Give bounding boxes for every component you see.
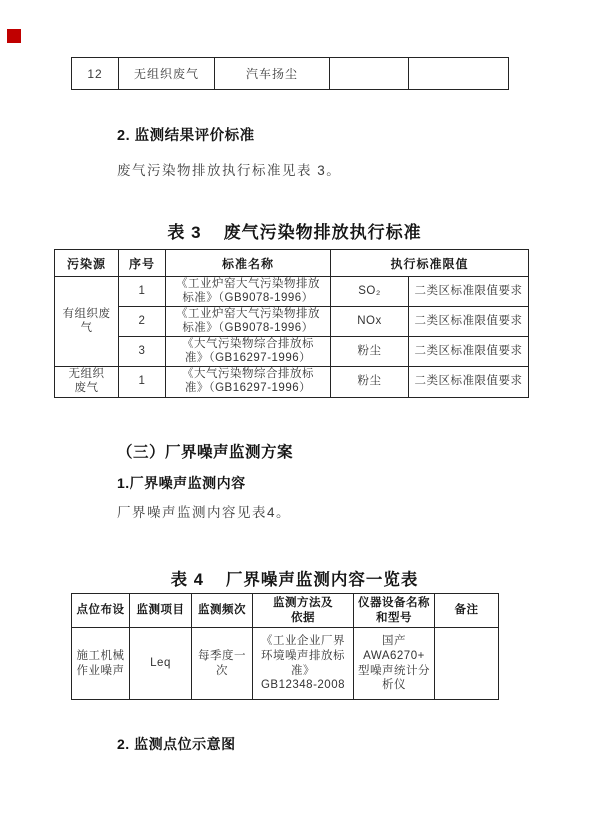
red-square-marker (7, 29, 21, 43)
pollutant-cell: 粉尘 (331, 367, 409, 397)
header-limit: 执行标准限值 (331, 250, 529, 277)
table3-title-number: 表 3 (167, 223, 201, 242)
table4-title-number: 表 4 (171, 571, 204, 589)
subheading-noise-content: 1.厂界噪声监测内容 (117, 473, 246, 493)
paragraph-table4-reference: 厂界噪声监测内容见表4。 (117, 501, 291, 521)
previous-table-last-row: 12 无组织废气 汽车扬尘 (71, 57, 509, 90)
pollutant-cell: SO₂ (331, 277, 409, 307)
header-frequency: 监测频次 (192, 594, 253, 628)
row-index-cell: 12 (72, 58, 119, 90)
standard-cell: 《工业炉窑大气污染物排放 标准》（GB9078-1996） (166, 307, 331, 337)
header-standard-name: 标准名称 (166, 250, 331, 277)
seq-cell: 2 (119, 307, 166, 337)
source-cell: 无组织 废气 (55, 367, 119, 397)
method-cell: 《工业企业厂界 环境噪声排放标 准》 GB12348-2008 (253, 628, 354, 700)
standard-cell: 《工业炉窑大气污染物排放 标准》（GB9078-1996） (166, 277, 331, 307)
seq-cell: 1 (119, 367, 166, 397)
table3-header-row: 污染源 序号 标准名称 执行标准限值 (55, 250, 529, 277)
table4-title-text: 厂界噪声监测内容一览表 (226, 571, 419, 589)
table-row: 12 无组织废气 汽车扬尘 (72, 58, 509, 90)
limit-cell: 二类区标准限值要求 (409, 367, 529, 397)
empty-cell (330, 58, 409, 90)
standard-cell: 《大气污染物综合排放标 准》（GB16297-1996） (166, 337, 331, 367)
header-pollution-source: 污染源 (55, 250, 119, 277)
header-point-layout: 点位布设 (72, 594, 130, 628)
table3-emission-standards: 污染源 序号 标准名称 执行标准限值 有组织废 气 1 《工业炉窑大气污染物排放… (54, 249, 529, 398)
note-cell (435, 628, 499, 700)
table3-row: 有组织废 气 1 《工业炉窑大气污染物排放 标准》（GB9078-1996） S… (55, 277, 529, 307)
header-instrument: 仪器设备名称 和型号 (354, 594, 435, 628)
table4-header-row: 点位布设 监测项目 监测频次 监测方法及 依据 仪器设备名称 和型号 备注 (72, 594, 499, 628)
source-cell: 有组织废 气 (55, 277, 119, 367)
standard-cell: 《大气污染物综合排放标 准》（GB16297-1996） (166, 367, 331, 397)
header-method: 监测方法及 依据 (253, 594, 354, 628)
document-page: 12 无组织废气 汽车扬尘 2. 监测结果评价标准 废气污染物排放执行标准见表 … (0, 0, 589, 820)
header-note: 备注 (435, 594, 499, 628)
limit-cell: 二类区标准限值要求 (409, 307, 529, 337)
table3-row: 2 《工业炉窑大气污染物排放 标准》（GB9078-1996） NOx 二类区标… (55, 307, 529, 337)
paragraph-table3-reference: 废气污染物排放执行标准见表 3。 (117, 159, 341, 179)
limit-cell: 二类区标准限值要求 (409, 337, 529, 367)
table3-row: 3 《大气污染物综合排放标 准》（GB16297-1996） 粉尘 二类区标准限… (55, 337, 529, 367)
section-heading-evaluation: 2. 监测结果评价标准 (117, 124, 255, 145)
pollutant-cell: 粉尘 (331, 337, 409, 367)
pollutant-cell: NOx (331, 307, 409, 337)
header-seq: 序号 (119, 250, 166, 277)
table3-title-text: 废气污染物排放执行标准 (224, 223, 422, 242)
header-monitor-item: 监测项目 (130, 594, 192, 628)
limit-cell: 二类区标准限值要求 (409, 277, 529, 307)
seq-cell: 1 (119, 277, 166, 307)
section-heading-noise-plan: （三）厂界噪声监测方案 (117, 440, 293, 462)
table4-noise-monitoring: 点位布设 监测项目 监测频次 监测方法及 依据 仪器设备名称 和型号 备注 施工… (71, 593, 499, 700)
instrument-cell: 国产 AWA6270+ 型噪声统计分 析仪 (354, 628, 435, 700)
subheading-monitoring-points: 2. 监测点位示意图 (117, 734, 236, 754)
table4-row: 施工机械 作业噪声 Leq 每季度一 次 《工业企业厂界 环境噪声排放标 准》 … (72, 628, 499, 700)
item-cell: Leq (130, 628, 192, 700)
source-cell: 无组织废气 (119, 58, 215, 90)
table3-row: 无组织 废气 1 《大气污染物综合排放标 准》（GB16297-1996） 粉尘… (55, 367, 529, 397)
frequency-cell: 每季度一 次 (192, 628, 253, 700)
empty-cell (409, 58, 509, 90)
seq-cell: 3 (119, 337, 166, 367)
table3-title: 表 3废气污染物排放执行标准 (0, 218, 589, 243)
location-cell: 施工机械 作业噪声 (72, 628, 130, 700)
table4-title: 表 4厂界噪声监测内容一览表 (0, 566, 589, 590)
pollutant-cell: 汽车扬尘 (215, 58, 330, 90)
